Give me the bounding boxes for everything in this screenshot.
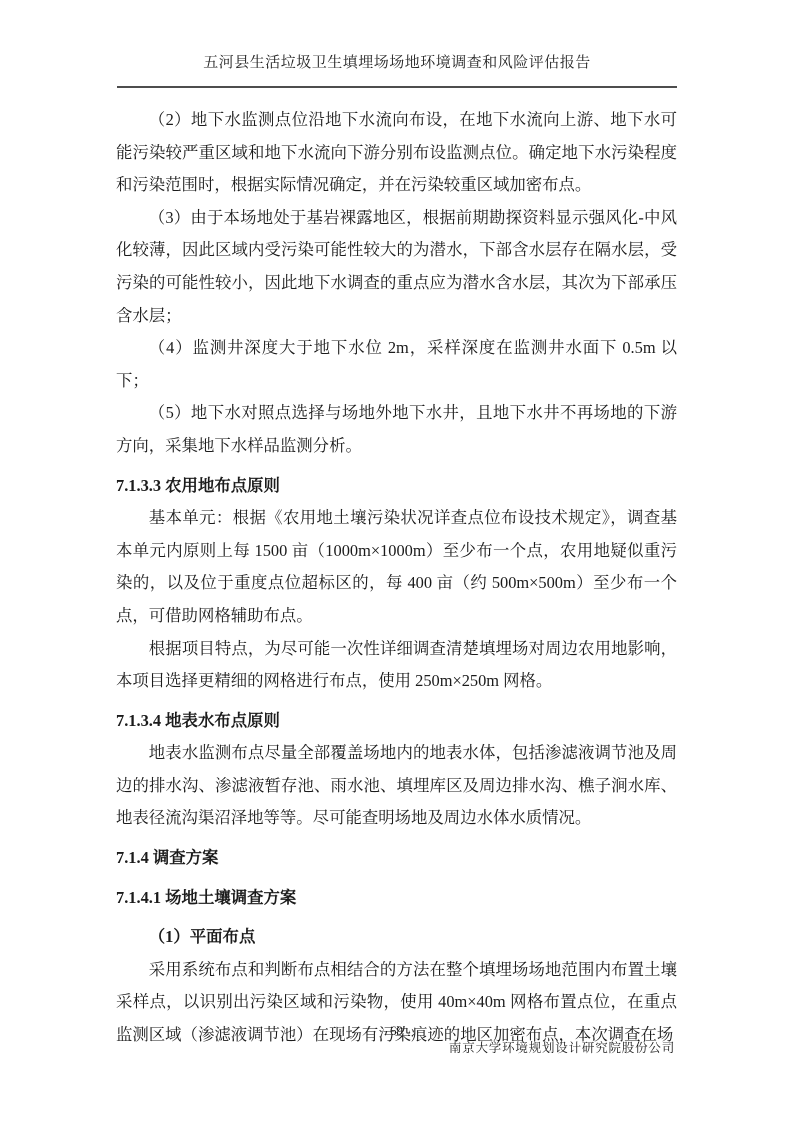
page-body: （2）地下水监测点位沿地下水流向布设，在地下水流向上游、地下水可能污染较严重区域… bbox=[116, 104, 677, 1052]
paragraph-groundwater-item-2: （2）地下水监测点位沿地下水流向布设，在地下水流向上游、地下水可能污染较严重区域… bbox=[116, 104, 677, 202]
document-page: 五河县生活垃圾卫生填埋场场地环境调查和风险评估报告 （2）地下水监测点位沿地下水… bbox=[0, 0, 793, 1122]
paragraph-groundwater-item-3: （3）由于本场地处于基岩裸露地区，根据前期勘探资料显示强风化-中风化较薄，因此区… bbox=[116, 202, 677, 332]
header-divider bbox=[117, 86, 677, 88]
paragraph-surface-water: 地表水监测布点尽量全部覆盖场地内的地表水体，包括渗滤液调节池及周边的排水沟、渗滤… bbox=[116, 737, 677, 835]
page-header: 五河县生活垃圾卫生填埋场场地环境调查和风险评估报告 bbox=[117, 0, 677, 88]
section-heading-7-1-3-4: 7.1.3.4 地表水布点原则 bbox=[116, 705, 677, 738]
section-heading-7-1-4-1: 7.1.4.1 场地土壤调查方案 bbox=[116, 882, 677, 915]
publisher-name: 南京大学环境规划设计研究院股份公司 bbox=[449, 1040, 675, 1056]
paragraph-groundwater-item-4: （4）监测井深度大于地下水位 2m，采样深度在监测井水面下 0.5m 以下； bbox=[116, 332, 677, 397]
section-heading-7-1-4: 7.1.4 调查方案 bbox=[116, 842, 677, 875]
section-heading-7-1-3-3: 7.1.3.3 农用地布点原则 bbox=[116, 470, 677, 503]
paragraph-agricultural-basic-unit: 基本单元：根据《农用地土壤污染状况详查点位布设技术规定》，调查基本单元内原则上每… bbox=[116, 502, 677, 632]
paragraph-groundwater-item-5: （5）地下水对照点选择与场地外地下水井，且地下水井不再场地的下游方向，采集地下水… bbox=[116, 397, 677, 462]
page-number: 69 bbox=[0, 1023, 793, 1039]
subheading-plane-layout: （1）平面布点 bbox=[116, 921, 677, 954]
paragraph-agricultural-grid: 根据项目特点，为尽可能一次性详细调查清楚填埋场对周边农用地影响，本项目选择更精细… bbox=[116, 633, 677, 698]
report-header-title: 五河县生活垃圾卫生填埋场场地环境调查和风险评估报告 bbox=[117, 53, 677, 73]
